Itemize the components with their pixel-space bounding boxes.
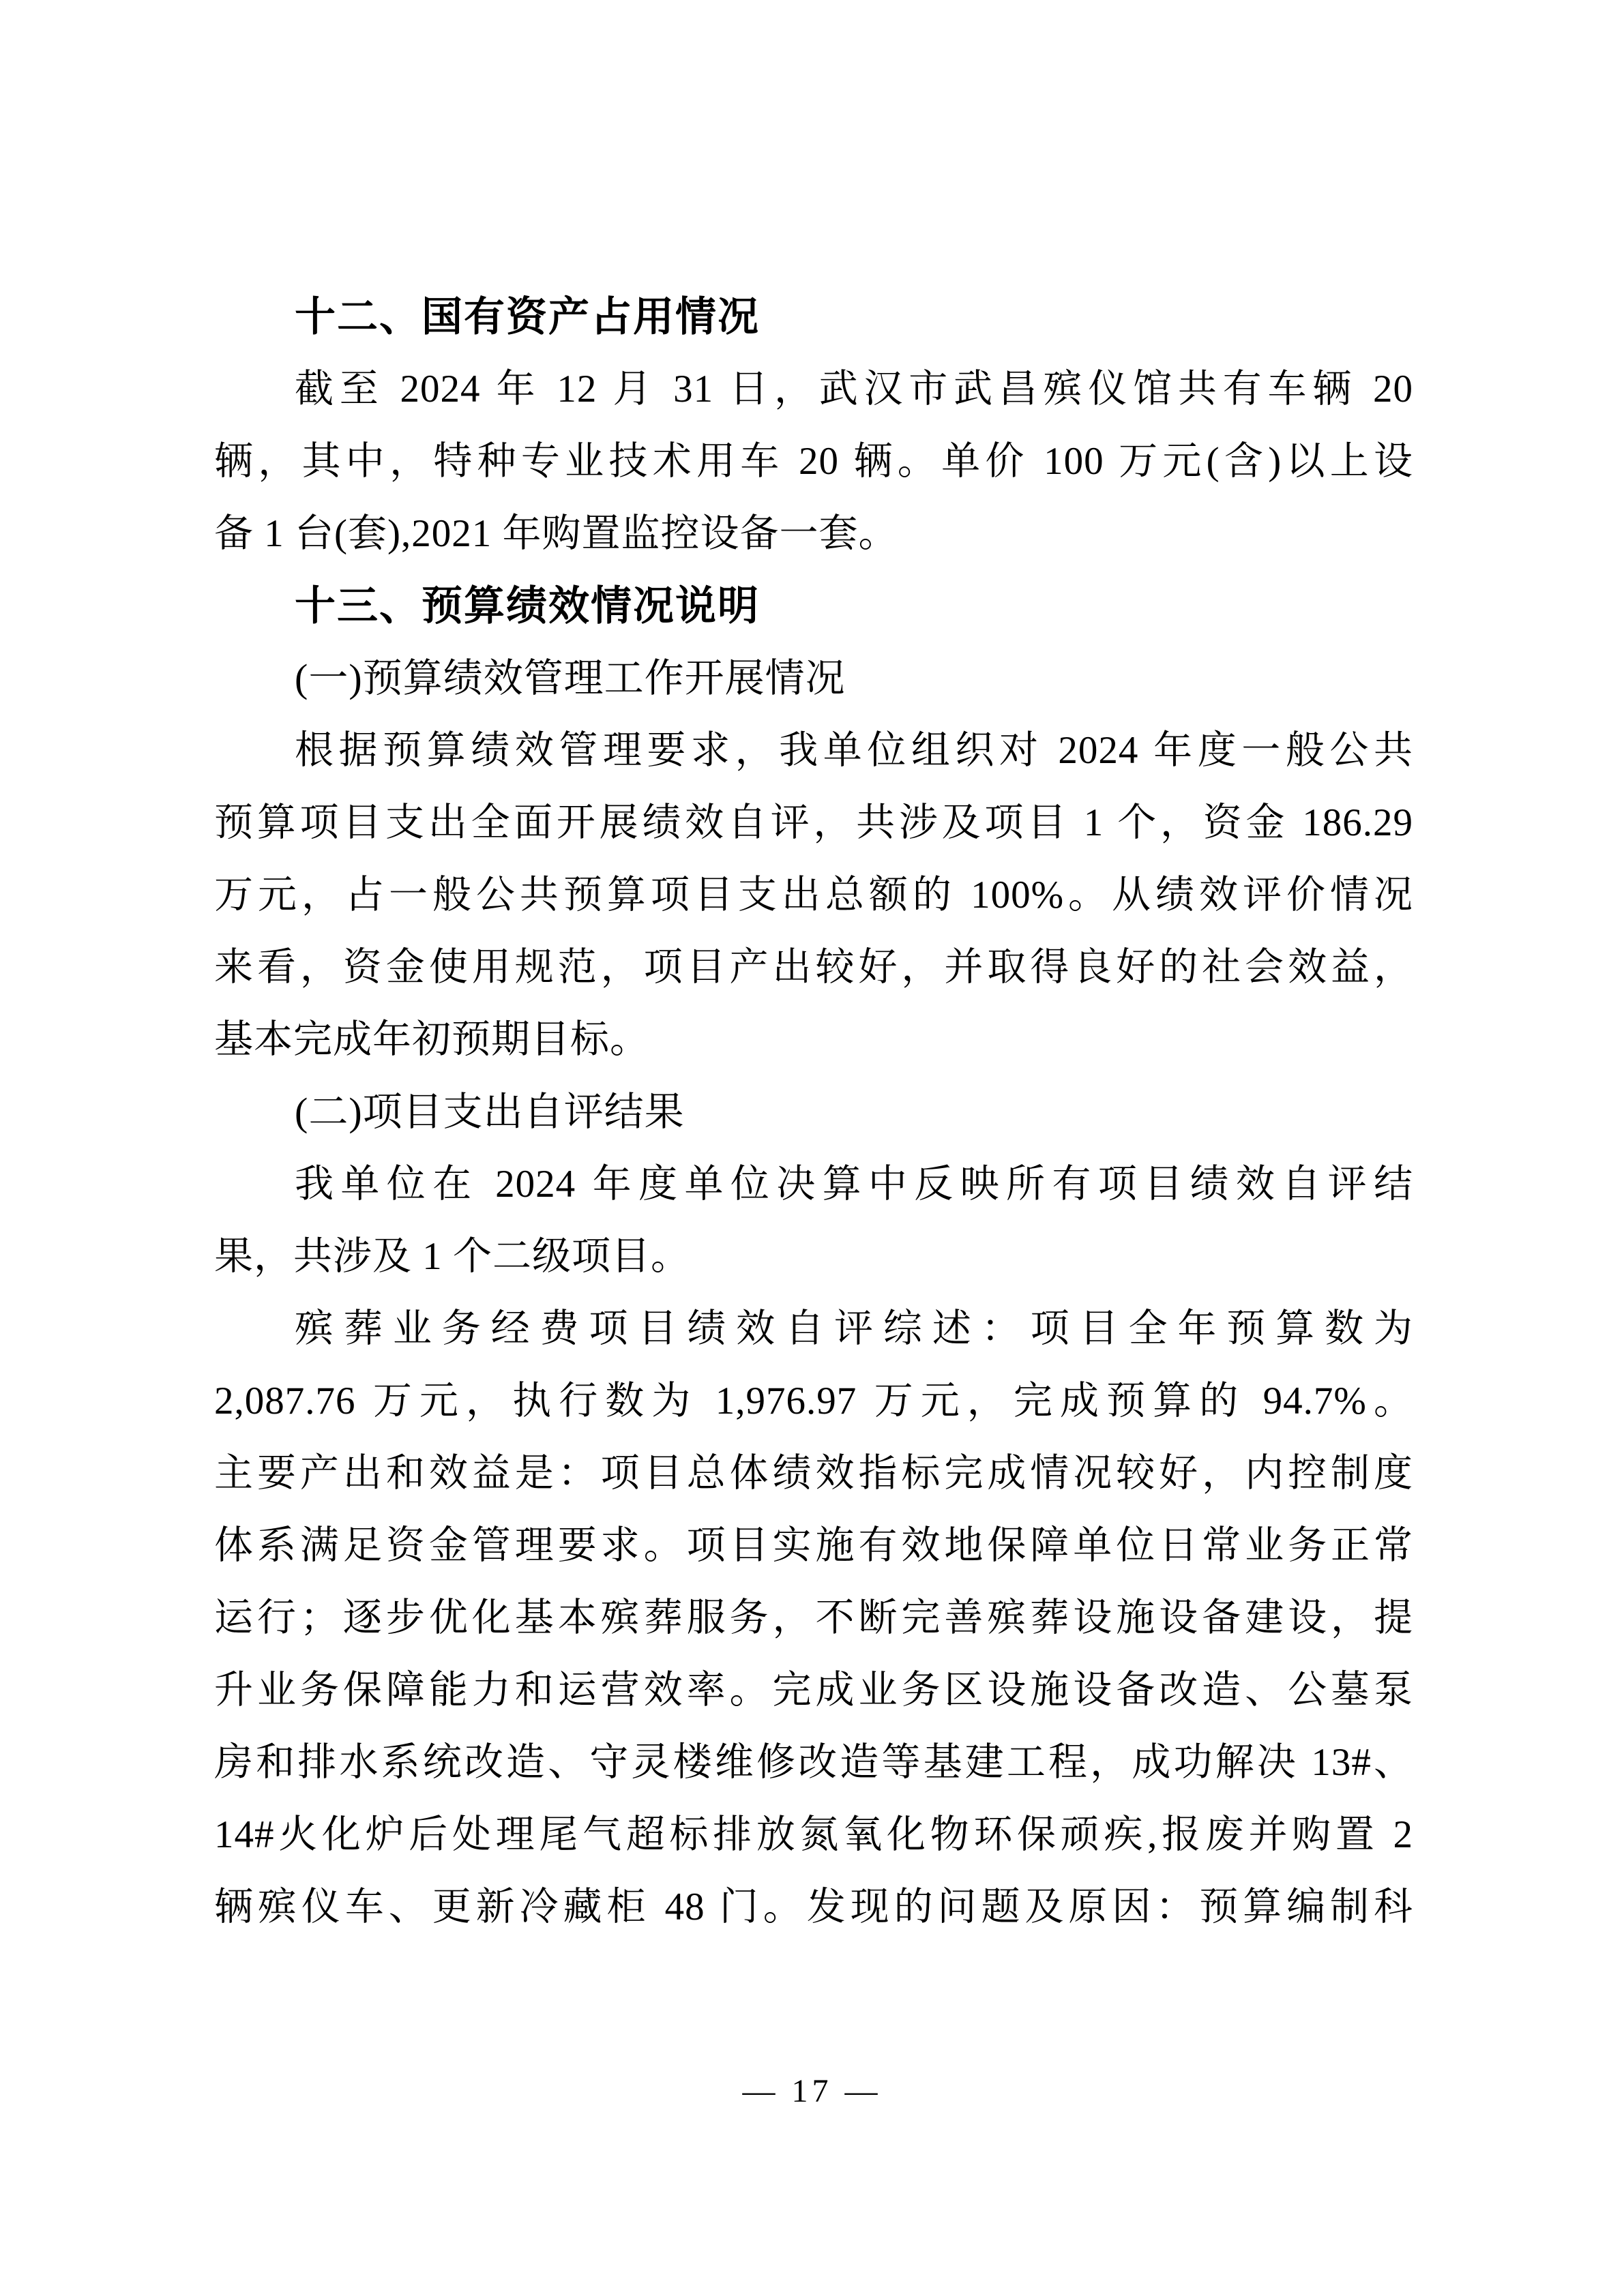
body-line: 体系满足资金管理要求。项目实施有效地保障单位日常业务正常: [214, 1510, 1413, 1582]
body-line: 我单位在 2024 年度单位决算中反映所有项目绩效自评结: [214, 1148, 1413, 1221]
body-line: 根据预算绩效管理要求，我单位组织对 2024 年度一般公共: [214, 715, 1413, 787]
body-line: 辆殡仪车、更新冷藏柜 48 门。发现的问题及原因：预算编制科: [214, 1871, 1413, 1943]
body-line: 运行；逐步优化基本殡葬服务，不断完善殡葬设施设备建设，提: [214, 1582, 1413, 1654]
body-line: 殡葬业务经费项目绩效自评综述：项目全年预算数为: [214, 1293, 1413, 1365]
section-heading-13: 十三、预算绩效情况说明: [214, 570, 1413, 642]
subsection-heading-1: (一)预算绩效管理工作开展情况: [214, 642, 1413, 715]
document-body: 十二、国有资产占用情况 截至 2024 年 12 月 31 日，武汉市武昌殡仪馆…: [214, 281, 1413, 1943]
section-heading-12: 十二、国有资产占用情况: [214, 281, 1413, 353]
body-line: 升业务保障能力和运营效率。完成业务区设施设备改造、公墓泵: [214, 1654, 1413, 1727]
body-line: 辆，其中，特种专业技术用车 20 辆。单价 100 万元(含)以上设: [214, 426, 1413, 498]
body-line: 万元，占一般公共预算项目支出总额的 100%。从绩效评价情况: [214, 859, 1413, 931]
document-page: 十二、国有资产占用情况 截至 2024 年 12 月 31 日，武汉市武昌殡仪馆…: [0, 0, 1624, 2296]
body-line: 基本完成年初预期目标。: [214, 1004, 1413, 1076]
page-number: — 17 —: [0, 2061, 1624, 2122]
body-line: 14#火化炉后处理尾气超标排放氮氧化物环保顽疾,报废并购置 2: [214, 1799, 1413, 1871]
body-line: 房和排水系统改造、守灵楼维修改造等基建工程，成功解决 13#、: [214, 1727, 1413, 1799]
body-line: 果，共涉及 1 个二级项目。: [214, 1221, 1413, 1293]
body-line: 来看，资金使用规范，项目产出较好，并取得良好的社会效益，: [214, 931, 1413, 1004]
body-line: 主要产出和效益是：项目总体绩效指标完成情况较好，内控制度: [214, 1437, 1413, 1510]
body-line: 2,087.76 万元，执行数为 1,976.97 万元，完成预算的 94.7%…: [214, 1365, 1413, 1437]
body-line: 备 1 台(套),2021 年购置监控设备一套。: [214, 498, 1413, 570]
subsection-heading-2: (二)项目支出自评结果: [214, 1076, 1413, 1148]
body-line: 预算项目支出全面开展绩效自评，共涉及项目 1 个，资金 186.29: [214, 787, 1413, 859]
body-line: 截至 2024 年 12 月 31 日，武汉市武昌殡仪馆共有车辆 20: [214, 353, 1413, 426]
